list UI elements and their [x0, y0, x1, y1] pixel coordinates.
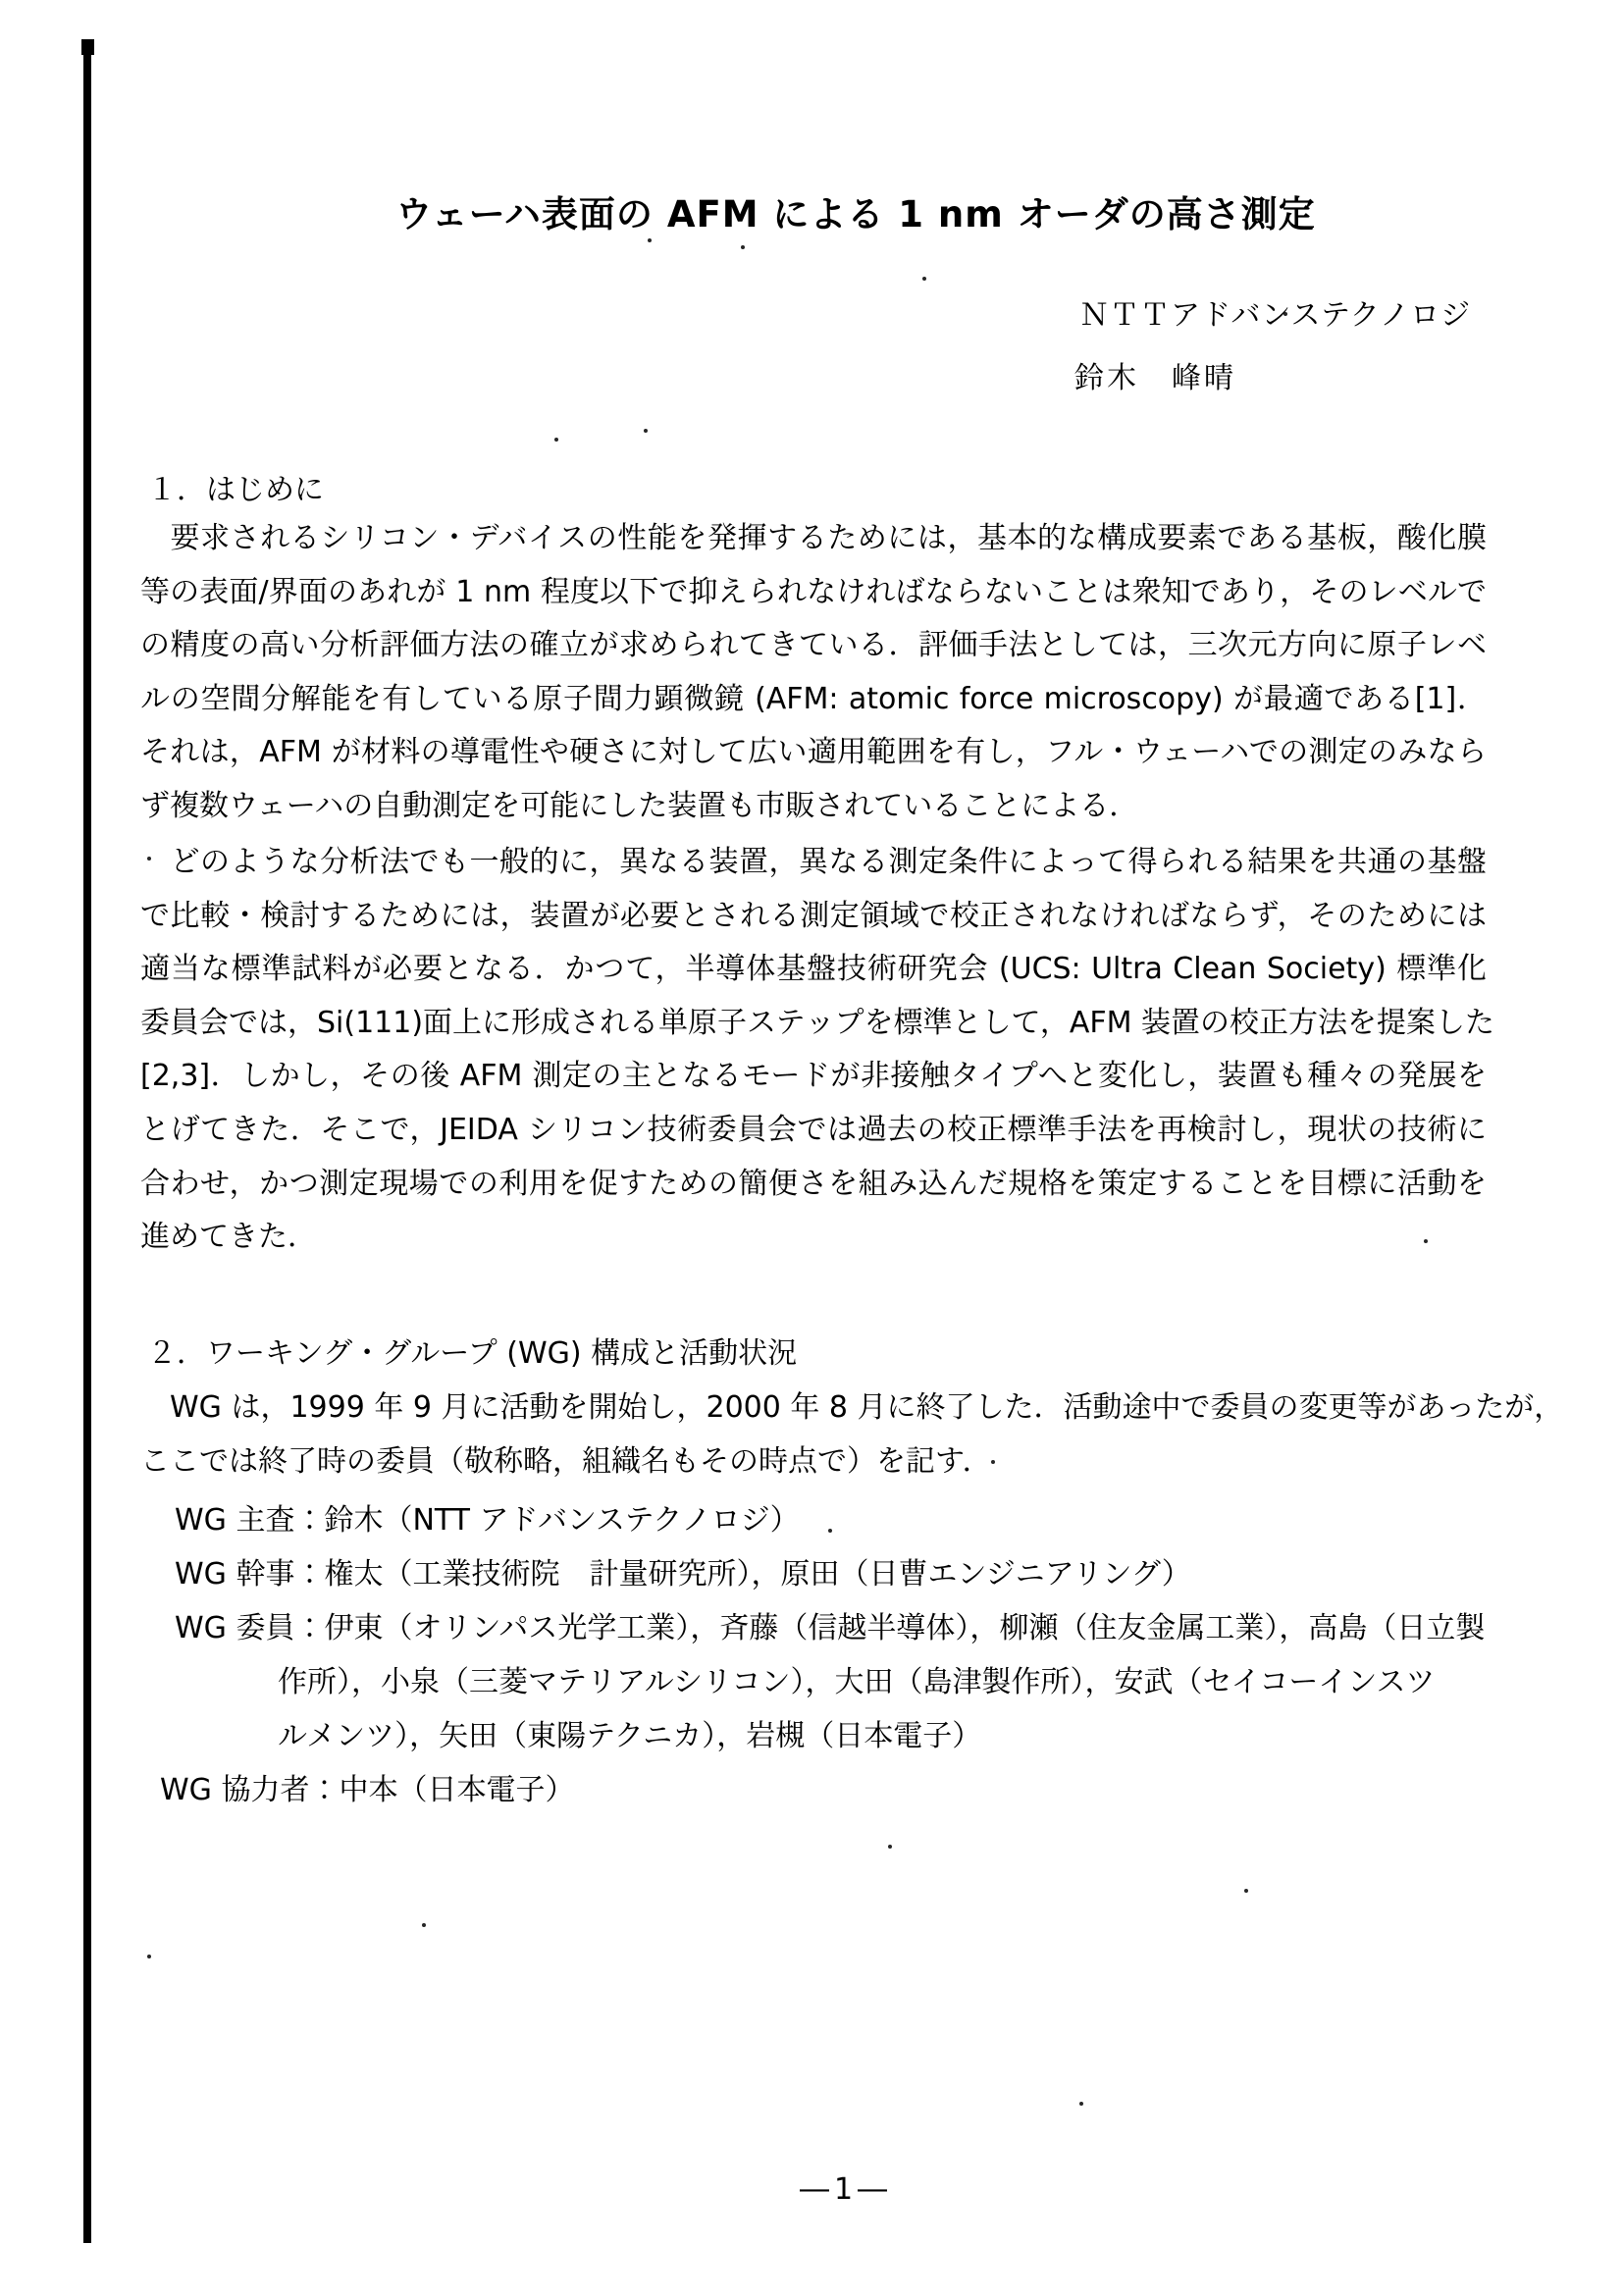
- author-name: 鈴木 峰晴: [1074, 353, 1236, 396]
- scan-noise-dot: [644, 429, 648, 433]
- text-line: の精度の高い分析評価方法の確立が求められてきている．評価手法としては，三次元方向…: [140, 619, 1487, 673]
- scan-noise-dot: [554, 438, 558, 442]
- text-line: とげてきた．そこで，JEIDA シリコン技術委員会では過去の校正標準手法を再検討…: [140, 1104, 1487, 1158]
- scan-noise-dot: [888, 1845, 892, 1849]
- section1-heading: １．はじめに: [147, 465, 324, 508]
- scan-noise-dot: [147, 1955, 151, 1958]
- text-line: それは，AFM が材料の導電性や硬さに対して広い適用範囲を有し，フル・ウェーハで…: [140, 726, 1487, 780]
- scan-noise-dot: [741, 245, 745, 249]
- scan-noise-dot: [422, 1923, 426, 1927]
- scan-noise-dot: [648, 238, 652, 242]
- text-line: ず複数ウェーハの自動測定を可能にした装置も市販されていることによる．: [140, 780, 1487, 834]
- text-line: 等の表面/界面のあれが 1 nm 程度以下で抑えられなければならないことは衆知で…: [140, 566, 1487, 620]
- text-line: WG は，1999 年 9 月に活動を開始し，2000 年 8 月に終了した．活…: [140, 1382, 1487, 1435]
- wg-member-line: WG 協力者：中本（日本電子）: [140, 1763, 1487, 1817]
- scan-noise-dot: [922, 277, 926, 281]
- wg-member-line: WG 主査：鈴木（NTT アドバンステクノロジ）: [140, 1493, 1487, 1547]
- scan-artifact-line: [83, 41, 91, 2243]
- scan-noise-dot: [1244, 1889, 1248, 1893]
- text-line: 適当な標準試料が必要となる．かつて，半導体基盤技術研究会 (UCS: Ultra…: [140, 943, 1487, 997]
- author-affiliation: ＮＴＴアドバンステクノロジ: [1079, 290, 1471, 334]
- text-line: 要求されるシリコン・デバイスの性能を発揮するためには，基本的な構成要素である基板…: [140, 512, 1487, 566]
- scan-noise-dot: [1079, 2102, 1083, 2106]
- text-line: どのような分析法でも一般的に，異なる装置，異なる測定条件によって得られる結果を共…: [140, 836, 1487, 890]
- section2-heading: ２．ワーキング・グループ (WG) 構成と活動状況: [147, 1329, 797, 1372]
- wg-member-line: 作所），小泉（三菱マテリアルシリコン），大田（島津製作所），安武（セイコーインス…: [140, 1655, 1487, 1709]
- text-line: で比較・検討するためには，装置が必要とされる測定領域で校正されなければならず，そ…: [140, 890, 1487, 944]
- text-line: 合わせ，かつ測定現場での利用を促すための簡便さを組み込んだ規格を策定することを目…: [140, 1158, 1487, 1212]
- section1-paragraph2: どのような分析法でも一般的に，異なる装置，異なる測定条件によって得られる結果を共…: [140, 836, 1487, 1265]
- wg-member-line: WG 幹事：権太（工業技術院 計量研究所），原田（日曹エンジニアリング）: [140, 1547, 1487, 1601]
- wg-member-line: ルメンツ），矢田（東陽テクニカ），岩槻（日本電子）: [140, 1709, 1487, 1763]
- text-line: 委員会では，Si(111)面上に形成される単原子ステップを標準として，AFM 装…: [140, 997, 1487, 1051]
- section1-paragraph1: 要求されるシリコン・デバイスの性能を発揮するためには，基本的な構成要素である基板…: [140, 512, 1487, 834]
- text-line: 進めてきた．: [140, 1211, 1487, 1265]
- section2-paragraph1: WG は，1999 年 9 月に活動を開始し，2000 年 8 月に終了した．活…: [140, 1382, 1487, 1488]
- wg-member-list: WG 主査：鈴木（NTT アドバンステクノロジ） WG 幹事：権太（工業技術院 …: [140, 1493, 1487, 1817]
- text-line: ルの空間分解能を有している原子間力顕微鏡 (AFM: atomic force …: [140, 673, 1487, 727]
- document-page: ウェーハ表面の AFM による 1 nm オーダの高さ測定 ＮＴＴアドバンステク…: [0, 0, 1623, 2296]
- text-line: ここでは終了時の委員（敬称略，組織名もその時点で）を記す．: [140, 1435, 1487, 1489]
- text-line: [2,3]．しかし，その後 AFM 測定の主となるモードが非接触タイプへと変化し…: [140, 1050, 1487, 1104]
- page-number: ―1―: [34, 2172, 1623, 2207]
- wg-member-line: WG 委員：伊東（オリンパス光学工業），斉藤（信越半導体），柳瀬（住友金属工業）…: [140, 1601, 1487, 1655]
- document-title: ウェーハ表面の AFM による 1 nm オーダの高さ測定: [88, 184, 1623, 237]
